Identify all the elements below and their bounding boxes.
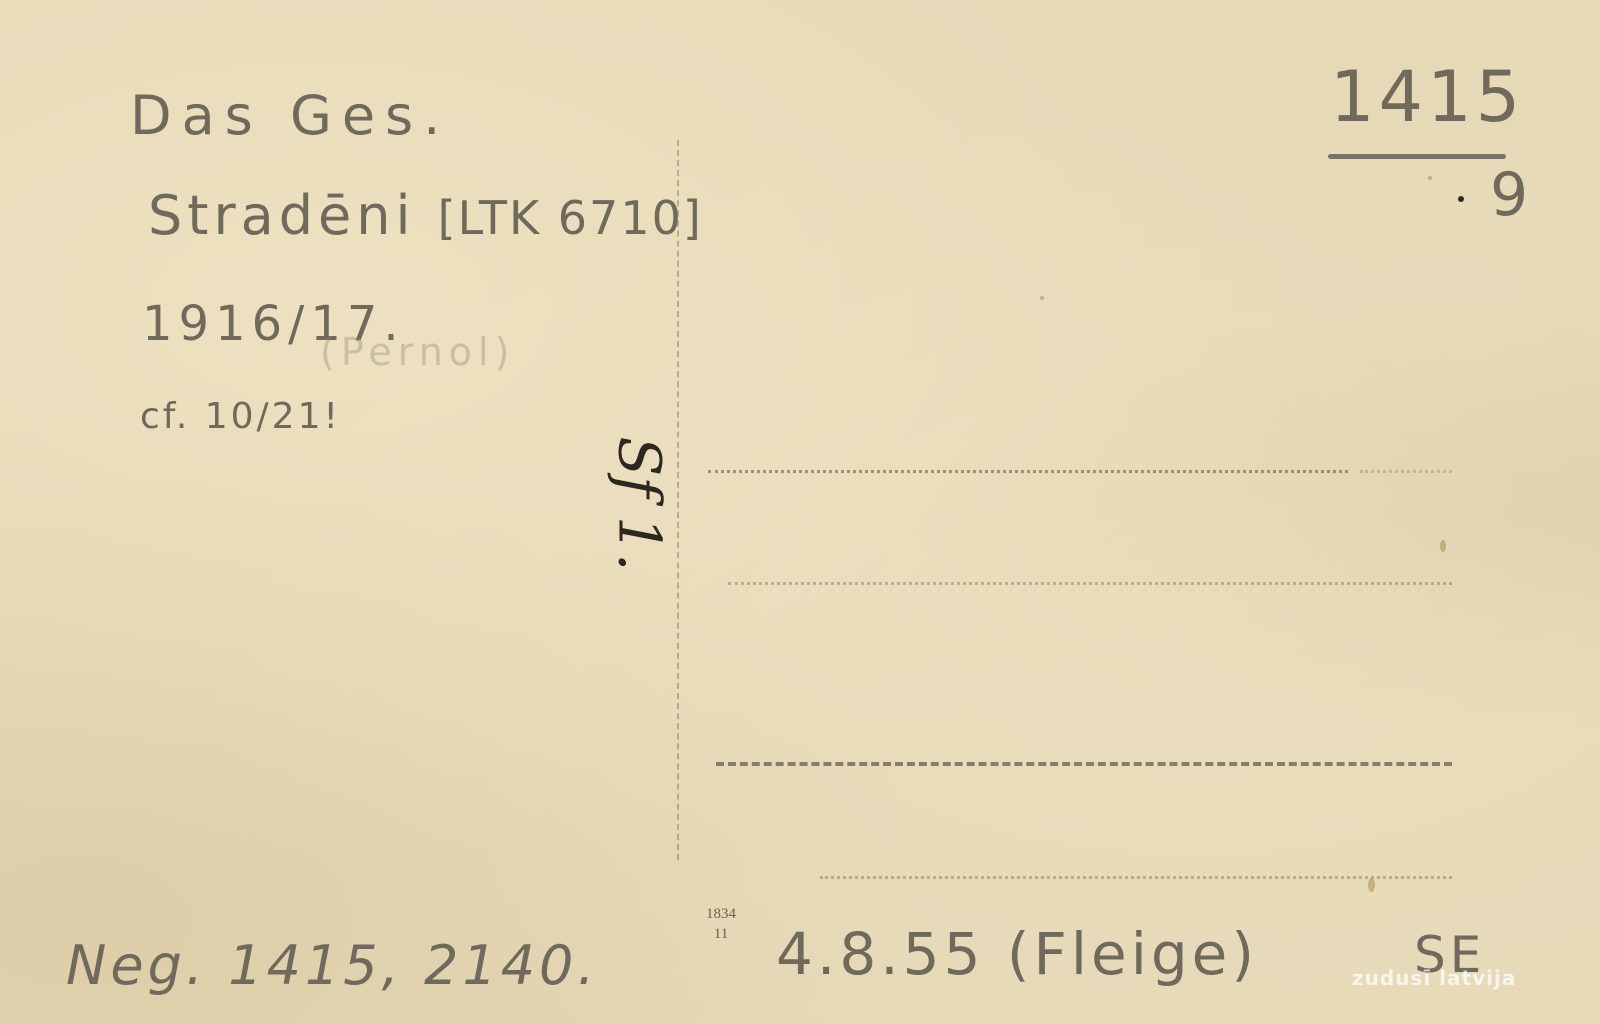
archive-number-underline: [1328, 154, 1506, 159]
address-line-4: [820, 876, 1452, 879]
address-line-3: [716, 762, 1452, 766]
paper-stain: [1368, 878, 1375, 892]
center-divider: [677, 140, 679, 860]
address-line-1-tail: [1360, 470, 1452, 473]
negative-reference: Neg. 1415, 2140.: [66, 934, 599, 997]
note-cross-reference: cf. 10/21!: [140, 396, 341, 437]
note-location-reference: [LTK 6710]: [438, 191, 703, 245]
postcard-reverse: Das Ges. Stradēni [LTK 6710] 1916/17. (P…: [0, 0, 1600, 1024]
printer-code-line-1: 1834: [706, 904, 736, 924]
note-title: Das Ges.: [130, 84, 450, 147]
note-erased-text: (Pernol): [320, 330, 515, 374]
printer-code: 1834 11: [706, 904, 736, 944]
ink-signature-mark: Sf 1.: [605, 437, 673, 572]
paper-stain: [1440, 540, 1446, 552]
address-line-2: [728, 582, 1452, 585]
ink-dot: [1458, 196, 1464, 202]
watermark: zudusī latvija: [1352, 966, 1516, 990]
printer-code-line-2: 11: [706, 924, 736, 944]
note-location: Stradēni [LTK 6710]: [148, 184, 703, 247]
paper-stain: [1040, 296, 1044, 300]
archive-sub-number: 9: [1490, 160, 1534, 230]
archive-number: 1415: [1330, 56, 1524, 138]
paper-stain: [1428, 176, 1432, 180]
date-note: 4.8.55 (Fleige): [776, 920, 1258, 988]
note-location-name: Stradēni: [148, 184, 415, 247]
address-line-1: [708, 470, 1348, 473]
